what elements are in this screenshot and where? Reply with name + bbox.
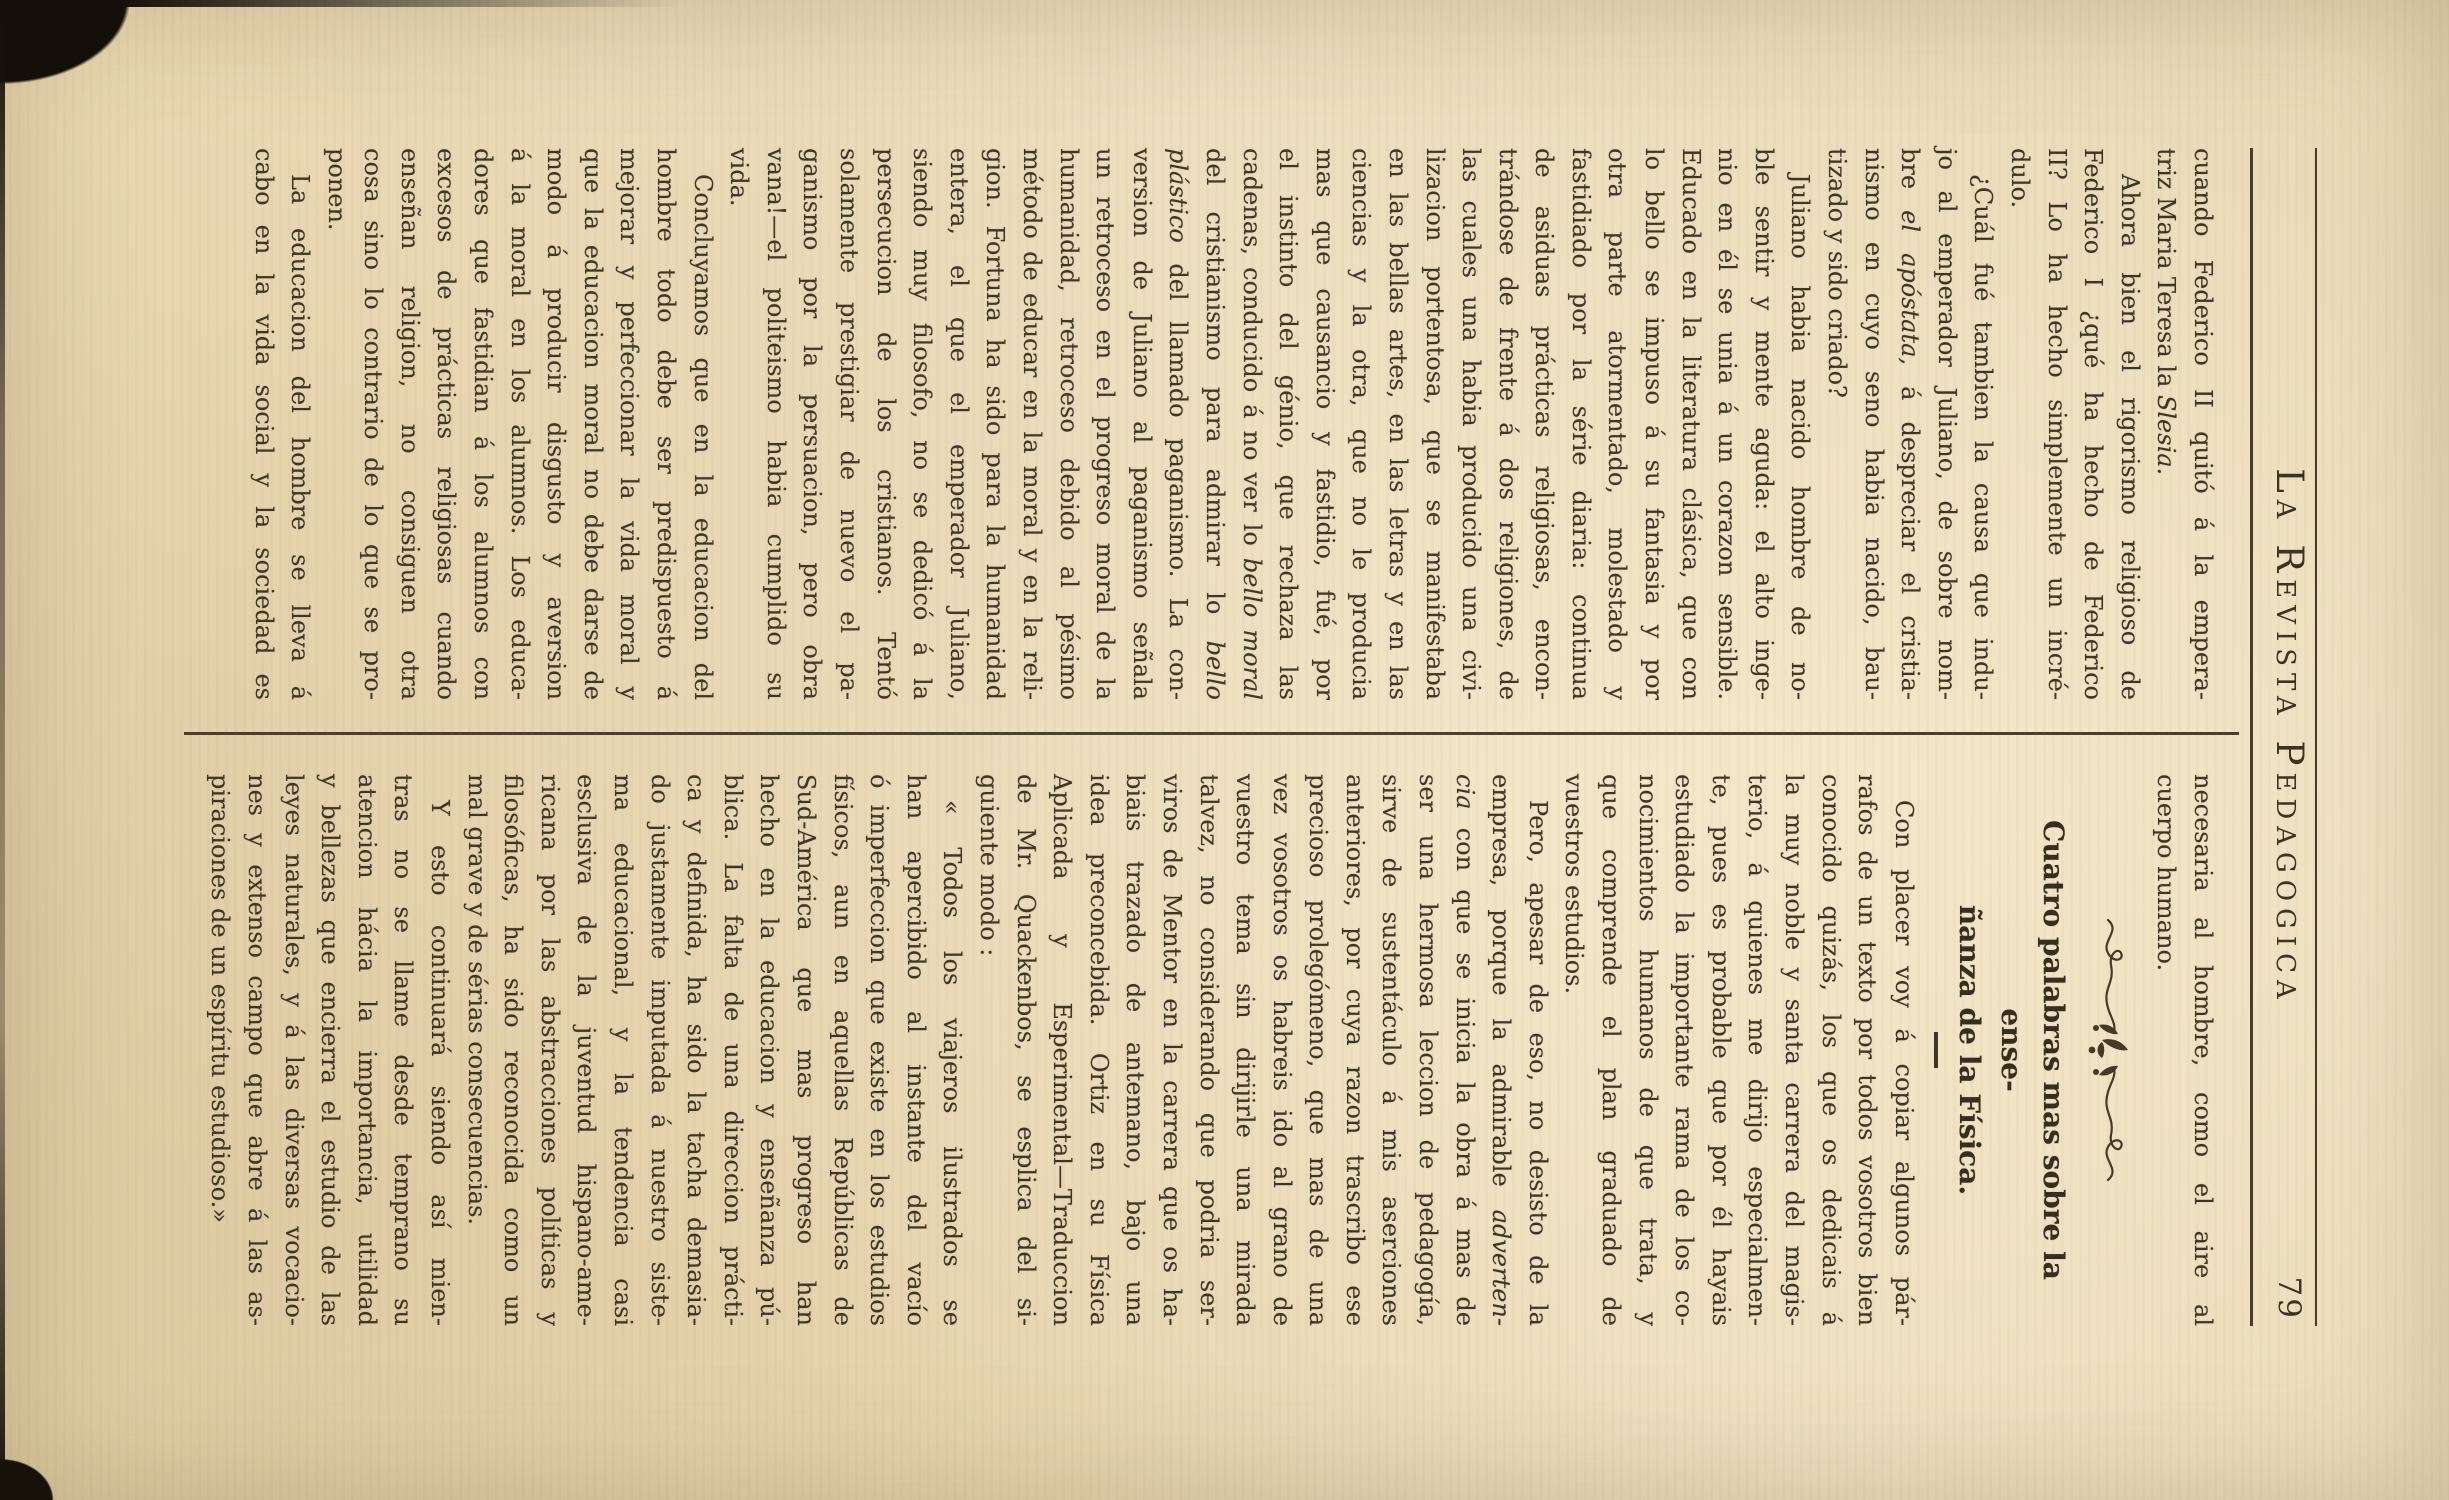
text-line: entera, el que el emperador Juliano, <box>940 148 977 700</box>
text-line: ¿Cuál fué tambien la causa que indu- <box>1965 148 2002 700</box>
text-line: vuestro tema sin dirijirle una mirada <box>1227 774 1264 1326</box>
text-line: fastidiado por la série diaria: continua <box>1562 148 1599 700</box>
text-line: cia con que se inicia la obra á mas de <box>1446 774 1483 1326</box>
section-separator <box>2084 774 2132 1326</box>
text-line: persecucion de los cristianos. Tentó <box>867 148 904 700</box>
heading-line: Cuatro palabras mas sobre la ense- <box>1990 774 2074 1326</box>
text-line: atencion hácia la importancia, utilidad <box>348 774 385 1326</box>
text-line: esclusiva de la juventud hispano-ame- <box>568 774 605 1326</box>
text-line: blica. La falta de una direccion prácti- <box>714 774 751 1326</box>
text-line: Sud-América que mas progreso han <box>787 774 824 1326</box>
page-number: 79 <box>2271 1277 2307 1320</box>
text-line: biais trazado de antemano, bajo una <box>1117 774 1154 1326</box>
text-line: ganismo por la persuacion, pero obra <box>794 148 831 700</box>
text-line: la muy noble y santa carrera del magis- <box>1775 774 1812 1326</box>
text-line: que comprende el plan graduado de <box>1592 774 1629 1326</box>
text-line: conocido quizás, los que os dedicais á <box>1812 774 1849 1326</box>
text-line: Pero, apesar de eso, no desisto de la <box>1519 774 1556 1326</box>
text-line: necesaria al hombre, como el aire al <box>2184 774 2221 1326</box>
text-line: Juliano habia nacido hombre de no- <box>1782 148 1819 700</box>
text-line: empresa, porque la admirable adverten- <box>1483 774 1520 1326</box>
text-line: sirve de sustentáculo á mis aserciones <box>1373 774 1410 1326</box>
text-line: Y esto continuará siendo así mien- <box>421 774 458 1326</box>
floral-ornament-icon <box>2086 916 2132 1184</box>
text-line: bre el apóstata, á despreciar el cristia… <box>1892 148 1929 700</box>
screenshot-root: { "colors": { "paper": "#ecdfbe", "ink":… <box>0 0 2449 1500</box>
text-line: ma educacional, y la tendencia casi <box>604 774 641 1326</box>
text-line: mas que causancio y fastidio, fué, por <box>1306 148 1343 700</box>
text-line: talvez, no considerando que podria ser- <box>1190 774 1227 1326</box>
text-line: te, pues es probable que por él hayais <box>1702 774 1739 1326</box>
text-line: dulo. <box>2001 148 2038 700</box>
paragraph: La educacion del hombre se lleva ácabo e… <box>245 148 318 700</box>
text-line: do justamente imputada á nuestro siste- <box>641 774 678 1326</box>
text-line: cuerpo humano. <box>2148 774 2185 1326</box>
paragraph: Juliano habia nacido hombre de no-ble se… <box>721 148 1819 700</box>
right-column: necesaria al hombre, como el aire alcuer… <box>202 774 2221 1326</box>
text-line: que la educacion moral no debe darse de <box>574 148 611 700</box>
text-line: triz Maria Teresa la Slesia. <box>2148 148 2185 700</box>
journal-title: La Revista Pedagogica <box>2268 148 2311 1326</box>
text-line: tizado y sido criado? <box>1818 148 1855 700</box>
paragraph: Y esto continuará siendo así mien-tras n… <box>202 774 458 1326</box>
paragraph: cuando Federico II quitó á la empera-tri… <box>2148 148 2221 700</box>
text-line: Aplicada y Esperimental—Traduccion <box>1044 774 1081 1326</box>
text-line: cabo en la vida social y la sociedad es <box>245 148 282 700</box>
text-line: viros de Mentor en la carrera que os ha- <box>1153 774 1190 1326</box>
column-divider-rule <box>184 732 2239 735</box>
text-line: de Mr. Quackenbos, se esplica del si- <box>1007 774 1044 1326</box>
paragraph: necesaria al hombre, como el aire alcuer… <box>2148 774 2221 1326</box>
text-line: humanidad, retroceso debido al pésimo <box>1050 148 1087 700</box>
text-line: hombre todo debe ser predispuesto á <box>647 148 684 700</box>
text-line: vez vosotros os habreis ido al grano de <box>1263 774 1300 1326</box>
text-line: II? Lo ha hecho simplemente un incré- <box>2038 148 2075 700</box>
text-line: « Todos los viajeros ilustrados se <box>934 774 971 1326</box>
text-line: excesos de prácticas religiosas cuando <box>428 148 465 700</box>
paragraph: Con placer voy á copiar algunos pár-rafo… <box>1556 774 1922 1326</box>
text-line: hecho en la educacion y enseñanza pú- <box>751 774 788 1326</box>
paragraph: ¿Cuál fué tambien la causa que indu-jo a… <box>1818 148 2001 700</box>
left-column: cuando Federico II quitó á la empera-tri… <box>245 148 2221 700</box>
text-line: nismo en cuyo seno habia nacido, bau- <box>1855 148 1892 700</box>
article-heading: Cuatro palabras mas sobre la ense-ñanza … <box>1948 774 2074 1326</box>
article-end-paragraphs: necesaria al hombre, como el aire alcuer… <box>2148 774 2221 1326</box>
paragraph: « Todos los viajeros ilustrados sehan ap… <box>458 774 970 1326</box>
text-line: vuestros estudios. <box>1556 774 1593 1326</box>
text-line: nocimientos humanos de que trata, y <box>1629 774 1666 1326</box>
text-line: ser una hermosa leccion de pedagogía, <box>1410 774 1447 1326</box>
text-line: dores que fastidian á los alumnos con <box>465 148 502 700</box>
text-line: vida. <box>721 148 758 700</box>
text-line: mal grave y de sérias consecuencias. <box>458 774 495 1326</box>
text-line: plástico del llamado paganismo. La con- <box>1160 148 1197 700</box>
text-line: guiente modo : <box>970 774 1007 1326</box>
paragraph: Ahora bien el rigorismo religioso deFede… <box>2001 148 2147 700</box>
text-line: idea preconcebida. Ortiz en su Física <box>1080 774 1117 1326</box>
paragraph: Pero, apesar de eso, no desisto de laemp… <box>970 774 1556 1326</box>
text-line: físicos, aun en aquellas Repúblicas de <box>824 774 861 1326</box>
text-line: ble sentir y mente aguda: el alto inge- <box>1745 148 1782 700</box>
text-line: modo á producir disgusto y aversion <box>538 148 575 700</box>
text-line: piraciones de un espíritu estudioso.» <box>202 774 239 1326</box>
article-body-paragraphs: Con placer voy á copiar algunos pár-rafo… <box>202 774 1922 1326</box>
text-line: leyes naturales, y á las diversas vocaci… <box>275 774 312 1326</box>
text-line: han apercibido al instante del vacío <box>897 774 934 1326</box>
text-line: método de educar en la moral y en la rel… <box>1013 148 1050 700</box>
text-line: cuando Federico II quitó á la empera- <box>2184 148 2221 700</box>
text-line: ca y definida, ha sido la tacha demasia- <box>678 774 715 1326</box>
text-line: del cristianismo para admirar lo bello <box>1196 148 1233 700</box>
text-line: rafos de un texto por todos vosotros bie… <box>1849 774 1886 1326</box>
text-line: ciencias y la otra, que no le producia <box>1343 148 1380 700</box>
text-line: las cuales una habia producido una civi- <box>1453 148 1490 700</box>
text-line: La educacion del hombre se lleva á <box>282 148 319 700</box>
running-head: La Revista Pedagogica 79 <box>2250 148 2317 1326</box>
text-line: Concluyamos que en la educacion del <box>684 148 721 700</box>
text-line: estudiado la importante rama de los co- <box>1666 774 1703 1326</box>
text-line: y bellezas que encierra el estudio de la… <box>312 774 349 1326</box>
text-line: el instinto del génio, que rechaza las <box>1270 148 1307 700</box>
text-line: ó imperfeccion que existe en los estudio… <box>861 774 898 1326</box>
text-line: ponen. <box>318 148 355 700</box>
text-line: cadenas, conducido á no ver lo bello mor… <box>1233 148 1270 700</box>
text-line: nio en él se unia á un corazon sensible. <box>1709 148 1746 700</box>
text-line: Federico I ¿qué ha hecho de Federico <box>2075 148 2112 700</box>
text-line: jo al emperador Juliano, de sobre nom- <box>1928 148 1965 700</box>
text-line: nes y extenso campo que abre á las as- <box>239 774 276 1326</box>
heading-dash-rule <box>1934 1032 1938 1068</box>
text-line: precioso prolegómeno, que mas de una <box>1300 774 1337 1326</box>
text-line: tras no se llame desde temprano su <box>385 774 422 1326</box>
text-line: trándose de frente á dos religiones, de <box>1489 148 1526 700</box>
text-line: lo bello se impuso á su fantasia y por <box>1636 148 1673 700</box>
text-line: enseñan religion, no consiguen otra <box>391 148 428 700</box>
text-line: cosa sino lo contrario de lo que se pro- <box>355 148 392 700</box>
text-line: Educado en la literatura clásica, que co… <box>1672 148 1709 700</box>
text-line: version de Juliano al paganismo señala <box>1123 148 1160 700</box>
header-rule-top <box>2315 148 2317 1326</box>
text-line: solamente prestigiar de nuevo el pa- <box>830 148 867 700</box>
text-line: vana!—el politeismo habia cumplido su <box>757 148 794 700</box>
text-line: siendo muy filosofo, no se dedicó á la <box>904 148 941 700</box>
text-line: filosóficas, ha sido reconocida como un <box>495 774 532 1326</box>
text-line: ricana por las abstracciones políticas y <box>531 774 568 1326</box>
heading-line: ñanza de la Física. <box>1948 774 1990 1326</box>
text-line: mejorar y perfeccionar la vida moral y <box>611 148 648 700</box>
text-line: de asiduas prácticas religiosas, encon- <box>1526 148 1563 700</box>
paragraph: Concluyamos que en la educacion delhombr… <box>318 148 721 700</box>
text-line: á la moral en los alumnos. Los educa- <box>501 148 538 700</box>
text-line: gion. Fortuna ha sido para la humanidad <box>977 148 1014 700</box>
scanned-page: La Revista Pedagogica 79 cuando Federico… <box>0 0 2449 1500</box>
text-line: lizacion portentosa, que se manifestaba <box>1416 148 1453 700</box>
text-line: terio, á quienes me dirijo especialmen- <box>1739 774 1776 1326</box>
text-line: Ahora bien el rigorismo religioso de <box>2111 148 2148 700</box>
text-line: anteriores, por cuya razon trascribo ese <box>1336 774 1373 1326</box>
text-line: Con placer voy á copiar algunos pár- <box>1885 774 1922 1326</box>
text-line: en las bellas artes, en las letras y en … <box>1379 148 1416 700</box>
text-line: un retroceso en el progreso moral de la <box>1087 148 1124 700</box>
text-line: otra parte atormentado, molestado y <box>1599 148 1636 700</box>
